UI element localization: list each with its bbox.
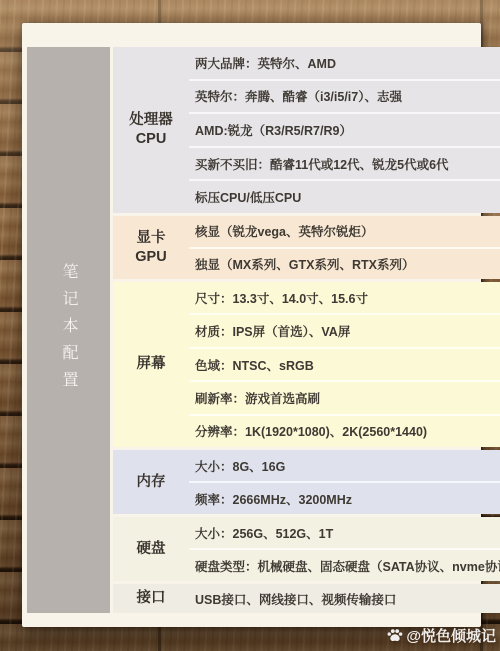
- section-memory-rows: 大小：8G、16G 频率：2666MHz、3200MHz: [189, 450, 500, 514]
- section-memory: 内存 大小：8G、16G 频率：2666MHz、3200MHz: [113, 450, 500, 514]
- paw-icon: [386, 627, 403, 644]
- watermark-handle: @悦色倾城记: [406, 625, 496, 646]
- spec-row: 大小：256G、512G、1T: [189, 517, 500, 548]
- spec-row: 核显（锐龙vega、英特尔锐炬）: [189, 216, 500, 247]
- section-disk-rows: 大小：256G、512G、1T 硬盘类型：机械硬盘、固态硬盘（SATA协议、nv…: [189, 517, 500, 581]
- spec-row: 两大品牌：英特尔、AMD: [189, 47, 500, 79]
- spec-row: 色域：NTSC、sRGB: [189, 347, 500, 380]
- spec-row: AMD:锐龙（R3/R5/R7/R9）: [189, 112, 500, 146]
- section-ports-label: 接口: [113, 584, 189, 613]
- spec-row: 独显（MX系列、GTX系列、RTX系列）: [189, 247, 500, 280]
- section-screen: 屏幕 尺寸：13.3寸、14.0寸、15.6寸 材质：IPS屏（首选）、VA屏 …: [113, 282, 500, 447]
- section-cpu: 处理器 CPU 两大品牌：英特尔、AMD 英特尔：奔腾、酷睿（i3/i5/i7）…: [113, 47, 500, 213]
- section-screen-label: 屏幕: [113, 282, 189, 447]
- section-memory-label: 内存: [113, 450, 189, 514]
- spec-row: 硬盘类型：机械硬盘、固态硬盘（SATA协议、nvme协议）: [189, 548, 500, 581]
- spec-row: 材质：IPS屏（首选）、VA屏: [189, 313, 500, 346]
- spec-sections: 处理器 CPU 两大品牌：英特尔、AMD 英特尔：奔腾、酷睿（i3/i5/i7）…: [113, 47, 500, 613]
- spec-row: 分辨率：1K(1920*1080)、2K(2560*1440): [189, 414, 500, 447]
- section-cpu-label: 处理器 CPU: [113, 47, 189, 213]
- spec-row: USB接口、网线接口、视频传输接口: [189, 584, 500, 613]
- spec-row: 刷新率：游戏首选高刷: [189, 380, 500, 413]
- section-gpu-label: 显卡 GPU: [113, 216, 189, 279]
- spec-row: 大小：8G、16G: [189, 450, 500, 481]
- config-board: 笔记本配置 处理器 CPU 两大品牌：英特尔、AMD 英特尔：奔腾、酷睿（i3/…: [27, 47, 467, 613]
- watermark: @悦色倾城记: [386, 625, 496, 646]
- section-cpu-rows: 两大品牌：英特尔、AMD 英特尔：奔腾、酷睿（i3/i5/i7）、志强 AMD:…: [189, 47, 500, 213]
- section-disk: 硬盘 大小：256G、512G、1T 硬盘类型：机械硬盘、固态硬盘（SATA协议…: [113, 517, 500, 581]
- spec-row: 尺寸：13.3寸、14.0寸、15.6寸: [189, 282, 500, 313]
- section-gpu: 显卡 GPU 核显（锐龙vega、英特尔锐炬） 独显（MX系列、GTX系列、RT…: [113, 216, 500, 279]
- section-ports: 接口 USB接口、网线接口、视频传输接口: [113, 584, 500, 613]
- spec-row: 频率：2666MHz、3200MHz: [189, 481, 500, 514]
- spec-row: 标压CPU/低压CPU: [189, 179, 500, 213]
- board-title: 笔记本配置: [57, 263, 80, 398]
- section-disk-label: 硬盘: [113, 517, 189, 581]
- infographic-card: 笔记本配置 处理器 CPU 两大品牌：英特尔、AMD 英特尔：奔腾、酷睿（i3/…: [22, 23, 481, 627]
- spec-row: 英特尔：奔腾、酷睿（i3/i5/i7）、志强: [189, 79, 500, 113]
- spec-row: 买新不买旧：酷睿11代或12代、锐龙5代或6代: [189, 146, 500, 180]
- section-ports-rows: USB接口、网线接口、视频传输接口: [189, 584, 500, 613]
- section-screen-rows: 尺寸：13.3寸、14.0寸、15.6寸 材质：IPS屏（首选）、VA屏 色域：…: [189, 282, 500, 447]
- vertical-title-column: 笔记本配置: [27, 47, 110, 613]
- section-gpu-rows: 核显（锐龙vega、英特尔锐炬） 独显（MX系列、GTX系列、RTX系列）: [189, 216, 500, 279]
